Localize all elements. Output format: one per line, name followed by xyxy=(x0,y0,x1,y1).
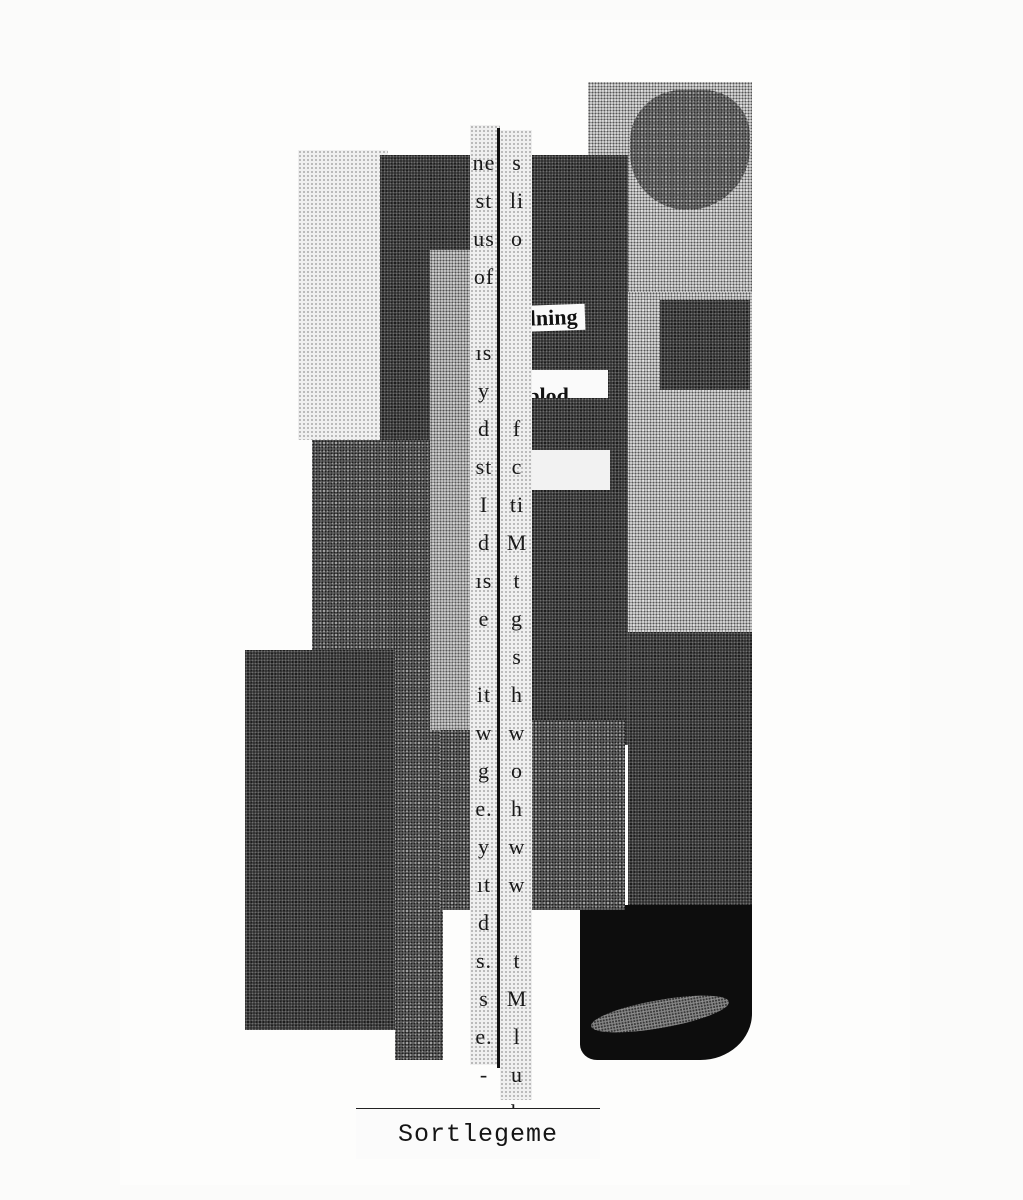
strip-letter: y xyxy=(478,836,490,874)
vertical-ink-line xyxy=(497,128,500,1068)
strip-letter: e. xyxy=(475,1026,492,1064)
strip-letter: e xyxy=(479,608,490,646)
strip-letter: w xyxy=(509,836,526,874)
photo-dark-still-life xyxy=(580,905,752,1060)
strip-letter: s xyxy=(479,988,489,1026)
strip-letter: s xyxy=(512,646,522,684)
photo-lower-right xyxy=(628,632,752,912)
strip-letter: ıs xyxy=(476,570,493,608)
strip-letter: h xyxy=(511,684,523,722)
strip-letter: M xyxy=(507,988,528,1026)
strip-letter: us xyxy=(473,228,495,266)
strip-letter: M xyxy=(507,532,528,570)
strip-letter: o xyxy=(511,228,523,266)
white-clip xyxy=(530,450,610,490)
strip-letter: u xyxy=(511,1064,523,1102)
strip-letter: l xyxy=(513,1026,520,1064)
strip-letter: ti xyxy=(510,494,524,532)
strip-letter: of xyxy=(474,266,494,304)
photo-texture-lower-left xyxy=(245,650,405,1030)
strip-letter: st xyxy=(476,190,493,228)
strip-letter: w xyxy=(509,874,526,912)
strip-letter: w xyxy=(509,722,526,760)
torn-paper-left xyxy=(298,150,388,440)
strip-letter: ıs xyxy=(476,342,493,380)
strip-letter: d xyxy=(478,532,490,570)
strip-letter: h xyxy=(511,798,523,836)
strip-letter: s xyxy=(512,152,522,190)
strip-letter: e. xyxy=(475,798,492,836)
strip-letter: t xyxy=(513,950,520,988)
strip-letter: d xyxy=(478,912,490,950)
strip-letter: ıt xyxy=(477,874,491,912)
strip-letter: ne xyxy=(473,152,496,190)
strip-letter: g xyxy=(478,760,490,798)
strip-letter: t xyxy=(513,570,520,608)
strip-letter: li xyxy=(510,190,524,228)
strip-letter: s. xyxy=(476,950,492,988)
strip-letter: w xyxy=(476,722,493,760)
strip-letter: f xyxy=(513,418,521,456)
artwork-caption: Sortlegeme xyxy=(356,1108,600,1159)
photo-building-shadow xyxy=(660,300,750,390)
strip-letter: it xyxy=(477,684,491,722)
strip-letter: I xyxy=(480,494,488,532)
strip-letter: - xyxy=(480,1064,488,1102)
strip-letter: o xyxy=(511,760,523,798)
strip-letter: c xyxy=(512,456,523,494)
strip-letter: st xyxy=(476,456,493,494)
text-strip-right: sliofctiMtgshwohwwtMlubs xyxy=(500,152,534,1178)
strip-letter: y xyxy=(478,380,490,418)
strip-letter: g xyxy=(511,608,523,646)
strip-letter: d xyxy=(478,418,490,456)
